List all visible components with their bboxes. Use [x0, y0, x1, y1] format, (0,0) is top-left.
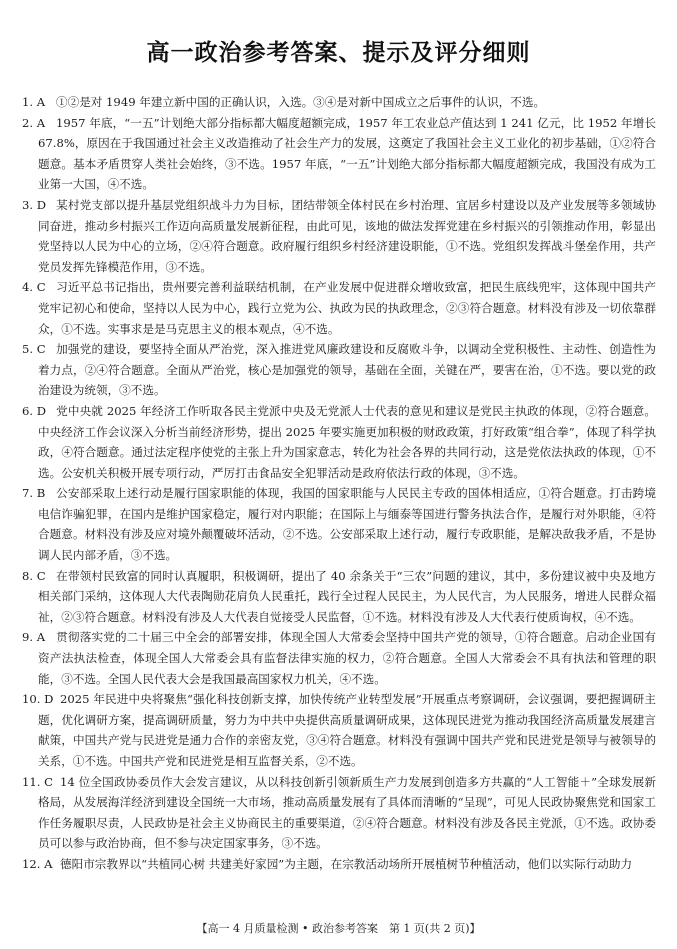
answer-explanation: 公安部采取上述行动是履行国家职能的体现，我国的国家职能与人民民主专政的国体相适应…: [38, 486, 656, 562]
answer-explanation: 某村党支部以提升基层党组织战斗力为目标，团结带领全体村民在乡村治理、宜居乡村建设…: [38, 198, 656, 274]
answer-number: 3. D: [22, 195, 56, 216]
answer-number: 1. A: [22, 92, 56, 113]
page-title: 高一政治参考答案、提示及评分细则: [0, 34, 677, 67]
page-footer: 【高一 4 月质量检测 • 政治参考答案 第 1 页(共 2 页)】: [0, 920, 677, 936]
answer-explanation: 党中央就 2025 年经济工作听取各民主党派中央及无党派人士代表的意见和建议是党…: [38, 404, 656, 480]
answer-item-3: 3. D某村党支部以提升基层党组织战斗力为目标，团结带领全体村民在乡村治理、宜居…: [22, 195, 656, 277]
answer-item-8: 8. C在带领村民致富的同时认真履职，积极调研，提出了 40 余条关于“三农”问…: [22, 566, 656, 628]
answer-item-11: 11. C14 位全国政协委员作大会发言建议，从以科技创新引领新质生产力发展到创…: [22, 772, 656, 854]
answer-item-1: 1. A①②是对 1949 年建立新中国的正确认识，入选。③④是对新中国成立之后…: [22, 92, 656, 113]
answer-number: 2. A: [22, 113, 56, 134]
answer-explanation: ①②是对 1949 年建立新中国的正确认识，入选。③④是对新中国成立之后事件的认…: [56, 95, 545, 109]
answer-item-6: 6. D党中央就 2025 年经济工作听取各民主党派中央及无党派人士代表的意见和…: [22, 401, 656, 483]
answer-explanation: 14 位全国政协委员作大会发言建议，从以科技创新引领新质生产力发展到创造多方共赢…: [38, 775, 656, 851]
answer-explanation: 加强党的建设，要坚持全面从严治党，深入推进党风廉政建设和反腐败斗争，以调动全党积…: [38, 342, 656, 397]
answer-number: 6. D: [22, 401, 56, 422]
answer-explanation: 1957 年底，“一五”计划绝大部分指标都大幅度超额完成，1957 年工农业总产…: [38, 116, 656, 192]
answer-item-9: 9. A贯彻落实党的二十届三中全会的部署安排，体现全国人大常委会坚持中国共产党的…: [22, 627, 656, 689]
answer-number: 12. A: [22, 854, 60, 875]
answer-number: 8. C: [22, 566, 56, 587]
answer-number: 9. A: [22, 627, 56, 648]
answer-explanation: 2025 年民进中央将聚焦“强化科技创新支撑，加快传统产业转型发展”开展重点考察…: [38, 692, 656, 768]
answer-number: 4. C: [22, 277, 56, 298]
answer-number: 11. C: [22, 772, 60, 793]
answer-item-2: 2. A1957 年底，“一五”计划绝大部分指标都大幅度超额完成，1957 年工…: [22, 113, 656, 195]
answer-item-5: 5. C加强党的建设，要坚持全面从严治党，深入推进党风廉政建设和反腐败斗争，以调…: [22, 339, 656, 401]
answer-explanation: 德阳市宗教界以“共植同心树 共建美好家园”为主题，在宗教活动场所开展植树节种植活…: [60, 857, 632, 871]
answer-list: 1. A①②是对 1949 年建立新中国的正确认识，入选。③④是对新中国成立之后…: [22, 92, 656, 875]
answer-item-12: 12. A德阳市宗教界以“共植同心树 共建美好家园”为主题，在宗教活动场所开展植…: [22, 854, 656, 875]
answer-explanation: 在带领村民致富的同时认真履职，积极调研，提出了 40 余条关于“三农”问题的建议…: [38, 569, 656, 624]
answer-item-4: 4. C习近平总书记指出，贵州要完善利益联结机制，在产业发展中促进群众增收致富，…: [22, 277, 656, 339]
answer-item-10: 10. D2025 年民进中央将聚焦“强化科技创新支撑，加快传统产业转型发展”开…: [22, 689, 656, 771]
answer-number: 5. C: [22, 339, 56, 360]
answer-number: 7. B: [22, 483, 56, 504]
answer-explanation: 习近平总书记指出，贵州要完善利益联结机制，在产业发展中促进群众增收致富，把民生底…: [38, 280, 656, 335]
answer-number: 10. D: [22, 689, 60, 710]
answer-explanation: 贯彻落实党的二十届三中全会的部署安排，体现全国人大常委会坚持中国共产党的领导，①…: [38, 630, 656, 685]
answer-item-7: 7. B公安部采取上述行动是履行国家职能的体现，我国的国家职能与人民民主专政的国…: [22, 483, 656, 565]
